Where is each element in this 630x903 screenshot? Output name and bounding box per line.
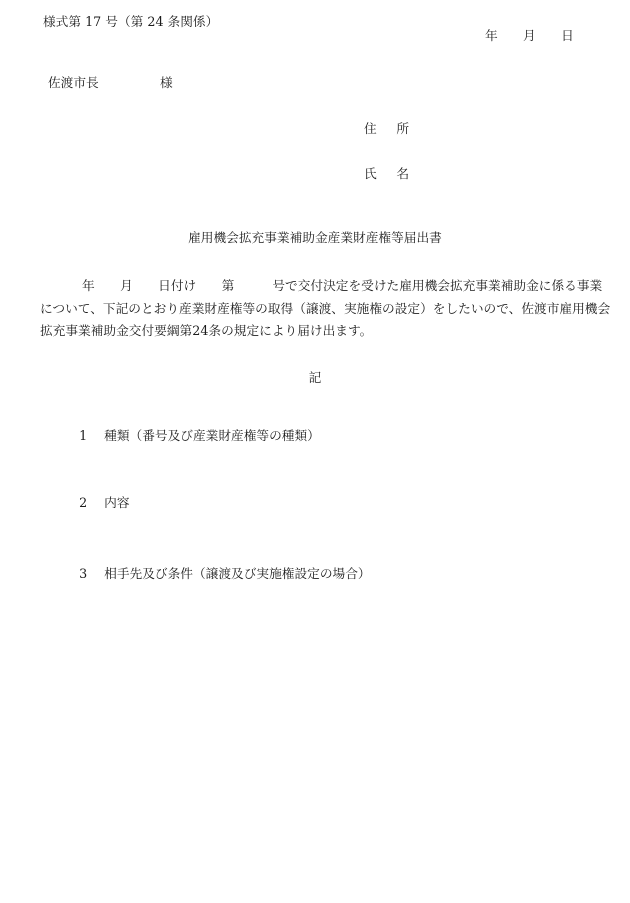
addressee-honorific: 様: [160, 76, 173, 91]
item-number: 1: [79, 429, 104, 444]
item-label: 相手先及び条件（譲渡及び実施権設定の場合）: [104, 566, 370, 581]
item-label: 種類（番号及び産業財産権等の種類）: [104, 428, 320, 443]
document-page: 様式第 17 号（第 24 条関係） 年 月 日 佐渡市長 様 住 所 氏 名 …: [0, 0, 630, 903]
body-paragraph-line-2: について、下記のとおり産業財産権等の取得（譲渡、実施権の設定）をしたいので、佐渡…: [40, 302, 610, 317]
list-item-kind: 1種類（番号及び産業財産権等の種類）: [63, 414, 320, 458]
record-marker: 記: [0, 371, 630, 386]
form-number: 様式第 17 号（第 24 条関係）: [43, 15, 218, 30]
list-item-content: 2内容: [63, 481, 130, 525]
body-paragraph-line-1: 年 月 日付け 第 号で交付決定を受けた雇用機会拡充事業補助金に係る事業: [44, 279, 602, 294]
list-item-counterparty: 3相手先及び条件（譲渡及び実施権設定の場合）: [63, 552, 371, 596]
address-label: 住 所: [364, 122, 413, 137]
date-line: 年 月 日: [485, 29, 574, 44]
body-paragraph-line-3: 拡充事業補助金交付要綱第24条の規定により届け出ます。: [40, 324, 372, 339]
item-number: 3: [79, 567, 104, 582]
addressee: 佐渡市長: [48, 76, 99, 91]
item-number: 2: [79, 496, 104, 511]
document-title: 雇用機会拡充事業補助金産業財産権等届出書: [0, 231, 630, 246]
name-label: 氏 名: [364, 167, 413, 182]
item-label: 内容: [104, 495, 129, 510]
